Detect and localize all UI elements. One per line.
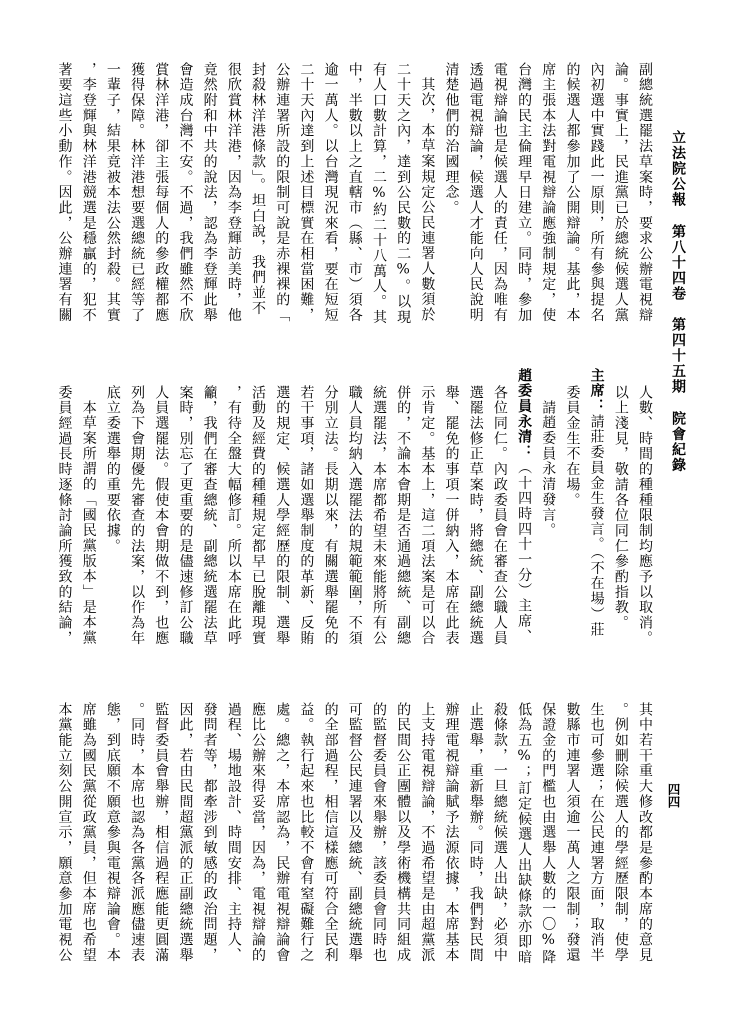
text-column: 。同時，本席也認為各黨各派應儘速表 bbox=[125, 702, 149, 963]
text-column: 席主張本法對電視辯論應強制規定，使 bbox=[536, 62, 560, 323]
text-column: 列為下會期優先審查的法案，以作為年 bbox=[125, 385, 149, 646]
speaker-line: 主席：請莊委員金生發言。（不在場）莊 bbox=[584, 368, 608, 637]
text-column: 數縣市連署人須逾一萬人之限制；發還 bbox=[560, 702, 584, 963]
paragraph-start-column: 請趙委員永清發言。 bbox=[536, 385, 560, 539]
text-column: 中，半數以上之直轄市（縣、市）須各 bbox=[343, 62, 367, 323]
text-column: 舉、罷免的事項一併納入，本席在此表 bbox=[439, 385, 463, 646]
text-column: 人員選罷法。假使本會期做不到，也應 bbox=[149, 385, 173, 646]
text-column: 示肯定。基本上，這二項法案是可以合 bbox=[415, 385, 439, 646]
text-column: 殺條款，一旦總統候選人出缺，必須中 bbox=[488, 702, 512, 963]
running-header: 立法院公報 第八十四卷 第四十五期 院會紀錄 bbox=[666, 130, 690, 473]
text-column: 本黨能立刻公開宣示，願意參加電視公 bbox=[52, 702, 76, 963]
text-column: 委員金生不在場。 bbox=[560, 385, 584, 508]
text-column: 的民間公正團體以及學術機構共同組成 bbox=[391, 702, 415, 963]
text-column: 上支持電視辯論，不過希望是由超黨派 bbox=[415, 702, 439, 963]
text-column: 席雖為國民黨從政黨員，但本席也希望 bbox=[77, 702, 101, 963]
text-column: 監督委員會舉辦，相信過程應能更圓滿 bbox=[149, 702, 173, 963]
text-column: 的全部過程，相信這樣應可符合全民利 bbox=[318, 702, 342, 963]
speaker-name: 主席： bbox=[589, 368, 605, 414]
text-column: 逾一萬人。以台灣現況來看，要在短短 bbox=[318, 62, 342, 323]
text-column: 以上淺見，敬請各位同仁參酌指教。 bbox=[609, 385, 633, 631]
publication-title: 立法院公報 bbox=[666, 130, 690, 208]
text-column: ，李登輝與林洋港競選是穩贏的，犯不 bbox=[77, 62, 101, 323]
text-column: 活動及經費的種種規定都早已脫離現實 bbox=[246, 385, 270, 646]
text-column: 選的規定、候選人學經歷的限制、選舉 bbox=[270, 385, 294, 646]
text-column: 發問者等，都牽涉到敏感的政治問題， bbox=[197, 702, 221, 963]
text-column: ，有待全盤大幅修訂。所以本席在此呼 bbox=[222, 385, 246, 646]
text-column: 人數、時間的種種限制均應予以取消。 bbox=[633, 385, 657, 646]
text-column: 案時，別忘了更重要的是儘速修訂公職 bbox=[173, 385, 197, 646]
text-column: 委員經過長時逐條討論所獲致的結論， bbox=[52, 385, 76, 646]
text-column: 賞林洋港，卻主張每個人的參政權都應 bbox=[149, 62, 173, 323]
text-column: 有人口數計算，二%約二十八萬人。其 bbox=[367, 62, 391, 325]
section-title: 院會紀錄 bbox=[666, 411, 690, 473]
text-column: 止選舉，重新舉辦。同時，我們對民間 bbox=[464, 702, 488, 963]
text-column: 處。總之，本席認為，民辦電視辯論會 bbox=[270, 702, 294, 963]
text-column: 其中若干重大修改都是參酌本席的意見 bbox=[633, 702, 657, 963]
text-column: 著要這些小動作。因此，公辦連署有關 bbox=[52, 62, 76, 323]
paragraph-start-column: 其次，本草案規定公民連署人數須於 bbox=[415, 62, 439, 323]
page-number: 四四 bbox=[661, 783, 685, 808]
text-column: 可監督公民連署以及總統、副總統選舉 bbox=[343, 702, 367, 963]
text-column: 台灣的民主倫理早日建立。同時，參加 bbox=[512, 62, 536, 323]
text-column: 各位同仁。內政委員會在審查公職人員 bbox=[488, 385, 512, 646]
text-tier-lower: 其中若干重大修改都是參酌本席的意見 。例如刪除候選人的學經歷限制，使學 生也可參… bbox=[52, 702, 657, 964]
text-column: 態，到底願不願意參與電視辯論會。本 bbox=[101, 702, 125, 963]
text-column: 辦理電視辯論賦予法源依據，本席基本 bbox=[439, 702, 463, 963]
text-column: 二十天內達到上述目標實在相當困難， bbox=[294, 62, 318, 323]
text-column: 很欣賞林洋港，因為李登輝訪美時，他 bbox=[222, 62, 246, 323]
text-column: 籲，我們在審查總統、副總統選罷法草 bbox=[197, 385, 221, 646]
text-column: 內初選中實踐此一原則，所有參與提名 bbox=[584, 62, 608, 323]
text-column: 透過電視辯論，候選人才能向人民說明 bbox=[464, 62, 488, 323]
text-column: 二十天之內，達到公民數的二%。以現 bbox=[391, 62, 415, 325]
speech-text: （十四時四十一分）主席、 bbox=[516, 460, 532, 644]
text-column: 因此，若由民間超黨派的正副總統選舉 bbox=[173, 702, 197, 963]
text-column: 的監督委員會來舉辦，該委員會同時也 bbox=[367, 702, 391, 963]
text-column: 一輩子，結果竟被本法公然封殺。其實 bbox=[101, 62, 125, 323]
text-column: 獲得保障。林洋港想要選總統已經等了 bbox=[125, 62, 149, 323]
speaker-line: 趙委員永清：（十四時四十一分）主席、 bbox=[512, 368, 536, 644]
text-column: 職人員均納入選罷法的規範範圍，不須 bbox=[343, 385, 367, 646]
text-column: 益。執行起來也比較不會有窒礙難行之 bbox=[294, 702, 318, 963]
gazette-page: 立法院公報 第八十四卷 第四十五期 院會紀錄 四四 副總統選罷法草案時，要求公辦… bbox=[0, 0, 743, 1024]
text-tier-upper: 副總統選罷法草案時，要求公辦電視辯 論。事實上，民進黨已於總統候選人黨 內初選中… bbox=[52, 62, 657, 324]
text-column: 副總統選罷法草案時，要求公辦電視辯 bbox=[633, 62, 657, 323]
speech-text: 請莊委員金生發言。（不在場）莊 bbox=[589, 414, 605, 637]
text-column: 公辦連署所設的限制可說是赤裸裸的「 bbox=[270, 62, 294, 323]
text-column: 過程、場地設計、時間安排、主持人、 bbox=[222, 702, 246, 963]
text-column: 生也可參選；在公民連署方面，取消半 bbox=[584, 702, 608, 963]
text-column: 底立委選舉的重要依據。 bbox=[101, 385, 125, 554]
text-column: 。例如刪除候選人的學經歷限制，使學 bbox=[609, 702, 633, 963]
text-column: 竟然附和中共的說法，認為李登輝此舉 bbox=[197, 62, 221, 323]
text-column: 若干事項，諸如選舉制度的革新、反賄 bbox=[294, 385, 318, 646]
text-column: 低為五%；訂定候選人出缺條款亦即暗 bbox=[512, 702, 536, 965]
text-column: 電視辯論也是候選人的責任，因為唯有 bbox=[488, 62, 512, 323]
text-column: 併的，不論本會期是否通過總統、副總 bbox=[391, 385, 415, 646]
text-column: 應比公辦來得妥當，因為，電視辯論的 bbox=[246, 702, 270, 963]
speaker-name: 趙委員永清： bbox=[516, 368, 532, 460]
text-column: 的候選人都參加了公開辯論。基此，本 bbox=[560, 62, 584, 323]
volume-number: 第八十四卷 bbox=[666, 224, 690, 302]
text-column: 統選罷法，本席都希望未來能將所有公 bbox=[367, 385, 391, 646]
text-tier-middle: 人數、時間的種種限制均應予以取消。 以上淺見，敬請各位同仁參酌指教。 主席：請莊… bbox=[52, 385, 657, 647]
text-column: 封殺林洋港條款」。坦白說，我們並不 bbox=[246, 62, 270, 316]
text-column: 選罷法修正草案時，將總統、副總統選 bbox=[464, 385, 488, 646]
text-column: 保證金的門檻也由選舉人數的一〇%降 bbox=[536, 702, 560, 965]
text-column: 論。事實上，民進黨已於總統候選人黨 bbox=[609, 62, 633, 323]
text-column: 分別立法。長期以來，有關選舉罷免的 bbox=[318, 385, 342, 646]
text-column: 會造成台灣不安。不過，我們雖然不欣 bbox=[173, 62, 197, 323]
paragraph-start-column: 本草案所謂的「國民黨版本」是本黨 bbox=[77, 385, 101, 646]
issue-number: 第四十五期 bbox=[666, 317, 690, 395]
text-column: 清楚他們的治國理念。 bbox=[439, 62, 463, 216]
